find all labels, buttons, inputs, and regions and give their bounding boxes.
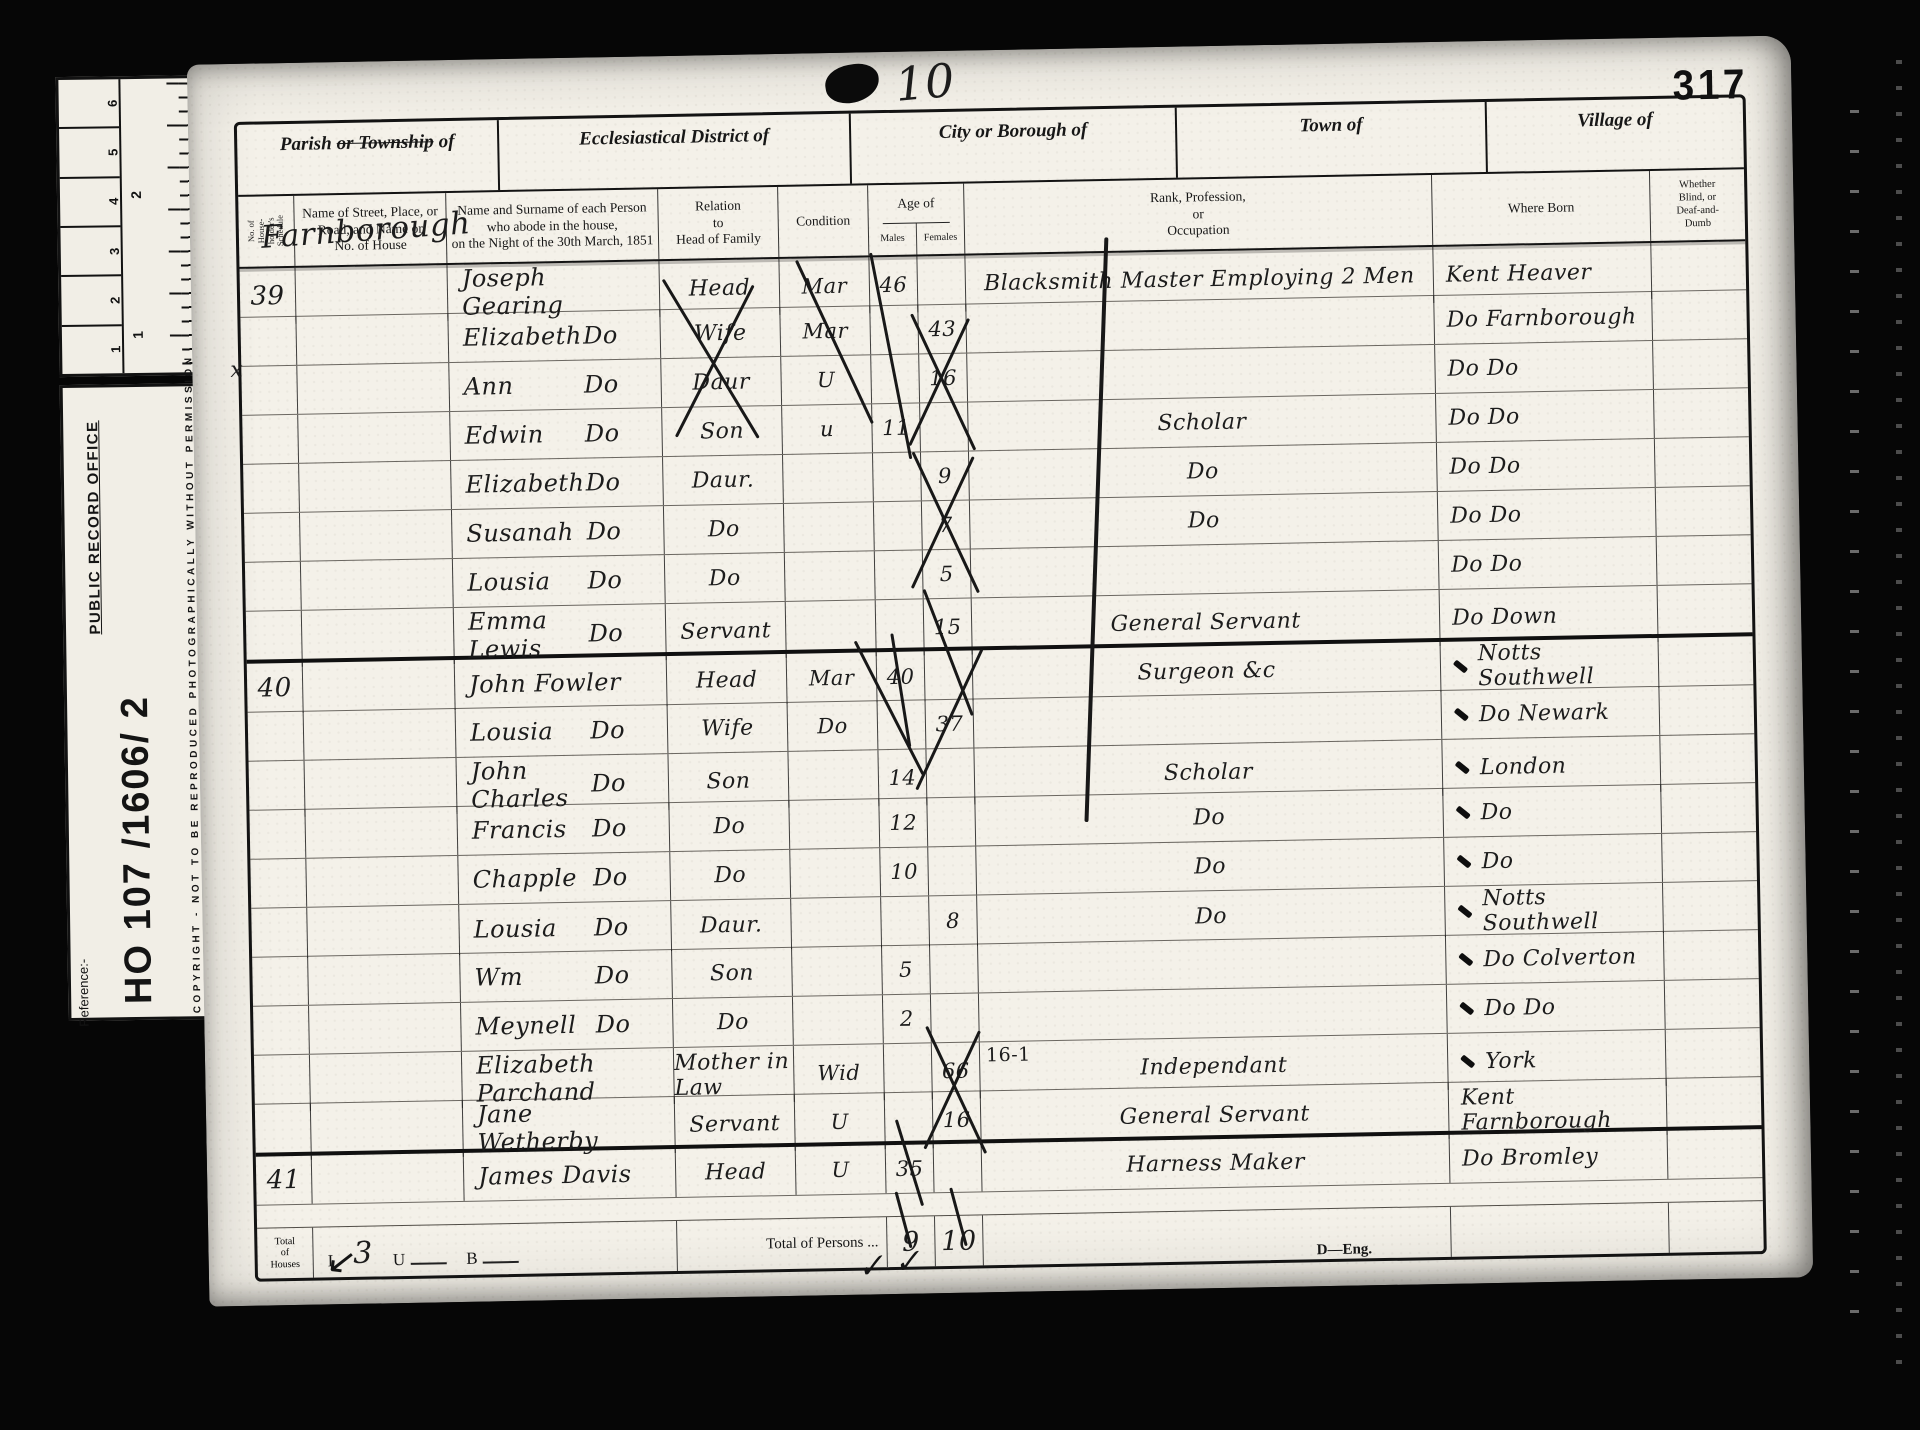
ruler-box: 1 xyxy=(62,326,123,374)
name-cell: James Davis xyxy=(464,1149,677,1201)
schedule-cell xyxy=(250,859,307,908)
relation-cell: Do xyxy=(669,801,790,851)
blind-cell xyxy=(1655,437,1750,487)
parish-label: Parish xyxy=(280,133,333,194)
age-female-cell xyxy=(927,797,976,846)
occupation-cell xyxy=(966,296,1435,353)
person-name: Chapple xyxy=(472,864,577,894)
ruler-number-boxes: 6 5 4 3 2 1 xyxy=(58,79,124,374)
person-name-ditto: Do xyxy=(587,566,622,595)
relation-cell: Do xyxy=(664,504,785,554)
total-houses-label: Total of Houses xyxy=(257,1228,314,1279)
schedule-cell: 40 xyxy=(247,663,304,714)
occupation-note: 16-1 xyxy=(986,1044,1031,1067)
age-female-cell: 16 xyxy=(919,354,968,403)
condition-cell: u xyxy=(782,404,873,454)
name-cell: Susanah Do xyxy=(452,506,665,558)
where-born-cell: Do Do xyxy=(1436,390,1655,442)
occupation-cell xyxy=(967,345,1436,402)
name-cell: Lousia Do xyxy=(456,705,669,757)
occupation-cell: Scholar xyxy=(968,394,1437,451)
relation-cell: Do xyxy=(673,997,794,1047)
person-name-ditto: Do xyxy=(593,863,628,892)
name-cell: Lousia Do xyxy=(459,901,672,955)
name-cell: Wm Do xyxy=(460,950,673,1002)
page-bottom-code: D—Eng. xyxy=(1317,1241,1373,1259)
city-header: City or Borough of xyxy=(851,108,1178,184)
parish-struck-label: or Township xyxy=(336,131,434,193)
ruler-number: 3 xyxy=(107,247,122,254)
ink-blot xyxy=(823,61,882,107)
occupation-value: Independant xyxy=(1140,1052,1287,1080)
where-born-cell: Do Do xyxy=(1439,537,1658,589)
margin-check-mark: x xyxy=(230,358,243,383)
name-cell: Emma Lewis Do xyxy=(454,604,667,664)
occupation-value: Do xyxy=(1187,458,1219,484)
person-name: Elizabeth xyxy=(465,469,584,499)
blind-cell xyxy=(1659,685,1754,735)
blind-cell xyxy=(1662,832,1757,882)
name-cell: Lousia Do xyxy=(453,555,666,607)
age-female-cell: 8 xyxy=(929,895,978,946)
schedule-cell xyxy=(245,562,302,611)
where-born-cell: Do Newark xyxy=(1441,687,1660,739)
census-table: Parish or Township of Ecclesiastical Dis… xyxy=(234,94,1767,1282)
street-cell xyxy=(308,954,461,1005)
name-cell: Edwin Do xyxy=(450,408,663,460)
person-name: John Fowler xyxy=(469,668,621,699)
folio-mark: 10 xyxy=(825,55,956,111)
relation-cell: Do xyxy=(670,850,791,900)
age-of-label: Age of xyxy=(882,184,949,224)
age-females-label: Females xyxy=(917,222,965,254)
street-cell xyxy=(296,314,449,365)
handwritten-check-marks: ✓✓ xyxy=(855,1240,933,1287)
name-cell: Chapple Do xyxy=(458,852,671,904)
blind-cell xyxy=(1667,1077,1762,1135)
person-name: James Davis xyxy=(478,1160,632,1191)
ruler-number: 2 xyxy=(107,297,122,304)
ruler-number: 5 xyxy=(105,149,120,156)
condition-cell: U xyxy=(796,1145,887,1195)
blind-column-header: Whether Blind, or Deaf-and- Dumb xyxy=(1650,169,1745,241)
parish-header: Parish or Township of xyxy=(237,120,500,195)
condition-cell xyxy=(786,600,877,658)
street-cell xyxy=(301,559,454,610)
relation-cell: Do xyxy=(665,553,786,603)
person-name: Francis xyxy=(472,815,567,845)
person-name: Elizabeth xyxy=(463,322,582,352)
name-cell: Elizabeth Do xyxy=(451,457,664,509)
street-cell xyxy=(298,412,451,463)
person-name: Lousia xyxy=(473,914,557,944)
where-born-cell: Notts Southwell xyxy=(1441,638,1660,692)
blind-cell xyxy=(1663,881,1758,933)
condition-cell xyxy=(791,897,882,949)
age-male-cell xyxy=(876,599,925,656)
totals-empty-born xyxy=(1451,1203,1670,1257)
street-cell xyxy=(305,807,458,858)
person-name: Ann xyxy=(463,372,513,401)
relation-cell: Daur. xyxy=(671,899,792,951)
person-name-ditto: Do xyxy=(590,716,625,745)
blind-cell xyxy=(1665,979,1760,1029)
person-name: Edwin xyxy=(464,420,544,449)
occupation-value: Do xyxy=(1195,903,1227,929)
occupation-cell xyxy=(979,985,1448,1042)
occupation-cell: Do xyxy=(976,838,1445,895)
occupation-value: Do xyxy=(1194,853,1226,879)
where-born-cell: Do Do xyxy=(1435,341,1654,393)
blind-cell xyxy=(1657,535,1752,585)
person-name-ditto: Do xyxy=(595,961,630,990)
where-born-cell: Do Farnborough xyxy=(1434,292,1653,344)
street-cell xyxy=(304,709,457,760)
condition-cell: Mar xyxy=(780,306,871,356)
name-cell: Jane Wetherby xyxy=(463,1097,676,1157)
film-edge-marks xyxy=(1850,110,1859,1350)
age-male-cell xyxy=(874,501,923,550)
where-born-cell: Notts Southwell xyxy=(1445,883,1664,937)
condition-cell: Do xyxy=(788,701,879,751)
condition-cell xyxy=(784,502,875,552)
total-houses-values: I 3 U B xyxy=(313,1221,678,1278)
person-name: Wm xyxy=(474,963,523,992)
houses-b-label: B xyxy=(466,1248,519,1269)
age-male-cell: 12 xyxy=(879,798,928,847)
condition-cell xyxy=(783,453,874,503)
schedule-cell xyxy=(241,366,298,415)
born-column-header: Where Born xyxy=(1432,171,1651,245)
inch-number: 1 xyxy=(130,331,146,339)
name-cell: John Fowler xyxy=(455,656,668,710)
person-name: Meynell xyxy=(475,1011,576,1041)
condition-cell: U xyxy=(795,1093,886,1151)
relation-cell: Daur. xyxy=(663,455,784,505)
where-born-cell: Do xyxy=(1444,834,1663,886)
person-name-ditto: Do xyxy=(588,619,623,648)
schedule-cell xyxy=(253,1006,310,1055)
ruler-box: 3 xyxy=(60,227,121,277)
condition-cell xyxy=(792,946,883,996)
schedule-cell xyxy=(244,513,301,562)
relation-cell: Wife xyxy=(668,703,789,753)
census-rows: 39 Joseph Gearing Head Mar 46 Blacksmith… xyxy=(240,241,1763,1205)
person-name: Lousia xyxy=(470,717,554,747)
ruler-box: 2 xyxy=(61,277,122,327)
relation-cell: Daur xyxy=(661,357,782,407)
street-cell xyxy=(306,856,459,907)
occupation-value: Blacksmith Master Employing 2 Men xyxy=(984,263,1415,296)
parish-label-of: of xyxy=(438,131,455,191)
occupation-cell xyxy=(974,691,1443,748)
occupation-value: General Servant xyxy=(1110,608,1301,636)
blind-cell xyxy=(1654,388,1749,438)
photo-ruler: 6 5 4 3 2 1 2 1 xyxy=(55,75,209,377)
street-cell xyxy=(303,660,456,713)
schedule-cell xyxy=(249,810,306,859)
street-cell xyxy=(307,905,460,958)
blind-cell xyxy=(1658,584,1753,642)
person-name-ditto: Do xyxy=(586,517,621,546)
street-cell xyxy=(300,510,453,561)
ruler-box: 4 xyxy=(60,178,121,228)
houses-u-label: U xyxy=(393,1249,447,1270)
person-name: Jane Wetherby xyxy=(477,1098,633,1157)
person-name-ditto: Do xyxy=(585,419,620,448)
occupation-cell: Do xyxy=(969,443,1438,500)
street-cell xyxy=(297,363,450,414)
blind-cell xyxy=(1661,783,1756,833)
schedule-cell xyxy=(240,317,297,366)
where-born-cell: Do Colverton xyxy=(1446,932,1665,984)
ruler-box: 5 xyxy=(59,129,120,179)
schedule-cell xyxy=(248,712,305,761)
occupation-cell xyxy=(971,541,1440,598)
schedule-cell xyxy=(243,464,300,513)
relation-cell: Servant xyxy=(675,1095,796,1153)
person-name: Emma Lewis xyxy=(468,606,589,664)
name-cell: Meynell Do xyxy=(461,999,674,1051)
occupation-cell xyxy=(978,936,1447,993)
person-name-ditto: Do xyxy=(583,321,618,350)
totals-empty-rank xyxy=(983,1207,1452,1266)
inch-number: 2 xyxy=(128,191,144,199)
relation-cell: Son xyxy=(672,948,793,998)
person-name-ditto: Do xyxy=(595,1010,630,1039)
age-male-cell: 11 xyxy=(872,403,921,452)
age-female-cell xyxy=(931,993,980,1042)
relation-cell: Head xyxy=(676,1147,797,1197)
age-female-cell xyxy=(930,944,979,993)
age-male-cell: 10 xyxy=(880,847,929,896)
occupation-cell: Harness Maker xyxy=(982,1135,1451,1192)
person-name-ditto: Do xyxy=(591,769,626,798)
margin-arrow-mark: ↙ xyxy=(324,1238,359,1283)
person-name-ditto: Do xyxy=(594,913,629,942)
schedule-cell xyxy=(251,908,308,959)
age-female-cell: 5 xyxy=(923,550,972,599)
occupation-value: Surgeon &c xyxy=(1137,657,1276,685)
street-cell xyxy=(312,1153,465,1204)
person-name-ditto: Do xyxy=(586,468,621,497)
name-cell: Elizabeth Do xyxy=(448,310,661,362)
census-page: 10 317 Parish or Township of Ecclesiasti… xyxy=(187,35,1813,1306)
street-cell xyxy=(302,608,455,667)
name-cell: Francis Do xyxy=(457,803,670,855)
where-born-cell: Do xyxy=(1443,785,1662,837)
rank-column-header: Rank, Profession, or Occupation xyxy=(964,175,1433,254)
age-male-cell xyxy=(881,896,930,947)
film-edge-marks xyxy=(1896,60,1902,1380)
schedule-cell xyxy=(252,957,309,1006)
age-female-cell xyxy=(928,846,977,895)
blind-cell xyxy=(1656,486,1751,536)
schedule-cell: 41 xyxy=(256,1156,313,1205)
ruler-number: 1 xyxy=(108,346,123,353)
village-header: Village of xyxy=(1487,97,1744,172)
schedule-cell xyxy=(242,415,299,464)
occupation-value: General Servant xyxy=(1119,1101,1310,1129)
blind-cell xyxy=(1653,339,1748,389)
relation-cell: Servant xyxy=(666,602,787,660)
occupation-value: Do xyxy=(1188,507,1220,533)
reference-code: HO 107 /1606/ 2 xyxy=(114,695,161,1004)
name-cell: Ann Do xyxy=(449,359,662,411)
condition-cell xyxy=(793,995,884,1045)
schedule-cell xyxy=(246,611,303,668)
person-name: Lousia xyxy=(467,567,551,597)
totals-empty-blind xyxy=(1669,1201,1764,1253)
reference-label: Reference:- xyxy=(76,959,92,1027)
occupation-cell: Do xyxy=(975,789,1444,846)
ruler-number: 6 xyxy=(105,99,120,106)
person-name: Susanah xyxy=(466,518,574,548)
age-male-cell: 2 xyxy=(883,994,932,1043)
condition-cell xyxy=(785,551,876,601)
person-name-ditto: Do xyxy=(584,370,619,399)
where-born-cell: Do Do xyxy=(1438,488,1657,540)
street-cell xyxy=(311,1101,464,1160)
condition-cell xyxy=(790,848,881,898)
condition-column-header: Condition xyxy=(778,185,869,257)
ruler-number: 4 xyxy=(106,198,121,205)
occupation-value: Harness Maker xyxy=(1126,1149,1305,1177)
blind-cell xyxy=(1668,1129,1763,1179)
where-born-cell: Kent Farnborough xyxy=(1449,1079,1668,1139)
schedule-cell xyxy=(255,1104,312,1161)
age-column-header: Age of Males Females xyxy=(868,184,965,256)
where-born-cell: Do Down xyxy=(1440,586,1659,646)
street-cell xyxy=(309,1003,462,1054)
occupation-value: Scholar xyxy=(1164,759,1253,786)
blind-cell xyxy=(1652,290,1747,340)
condition-cell xyxy=(789,799,880,849)
blind-cell xyxy=(1659,636,1754,688)
relation-column-header: Relation to Head of Family xyxy=(658,187,779,259)
folio-number: 10 xyxy=(893,53,957,112)
occupation-value: Scholar xyxy=(1157,409,1246,436)
where-born-cell: Do Do xyxy=(1437,439,1656,491)
relation-cell: Head xyxy=(667,654,788,706)
record-office-label: PUBLIC RECORD OFFICE xyxy=(84,420,104,634)
person-name-ditto: Do xyxy=(592,814,627,843)
age-female-cell xyxy=(934,1143,983,1192)
where-born-cell: Do Bromley xyxy=(1450,1131,1669,1183)
street-cell xyxy=(299,461,452,512)
blind-cell xyxy=(1664,930,1759,980)
age-male-cell: 5 xyxy=(882,945,931,994)
ecclesiastical-header: Ecclesiastical District of xyxy=(499,114,852,190)
occupation-value: Do xyxy=(1193,804,1225,830)
name-column-header: Name and Surname of each Person who abod… xyxy=(446,189,659,263)
age-males-label: Males xyxy=(869,223,918,255)
town-header: Town of xyxy=(1177,102,1488,178)
where-born-cell: Do Do xyxy=(1447,981,1666,1033)
age-female-cell: 16 xyxy=(933,1091,982,1148)
occupation-cell: Do xyxy=(970,492,1439,549)
ruler-box: 6 xyxy=(58,79,119,129)
